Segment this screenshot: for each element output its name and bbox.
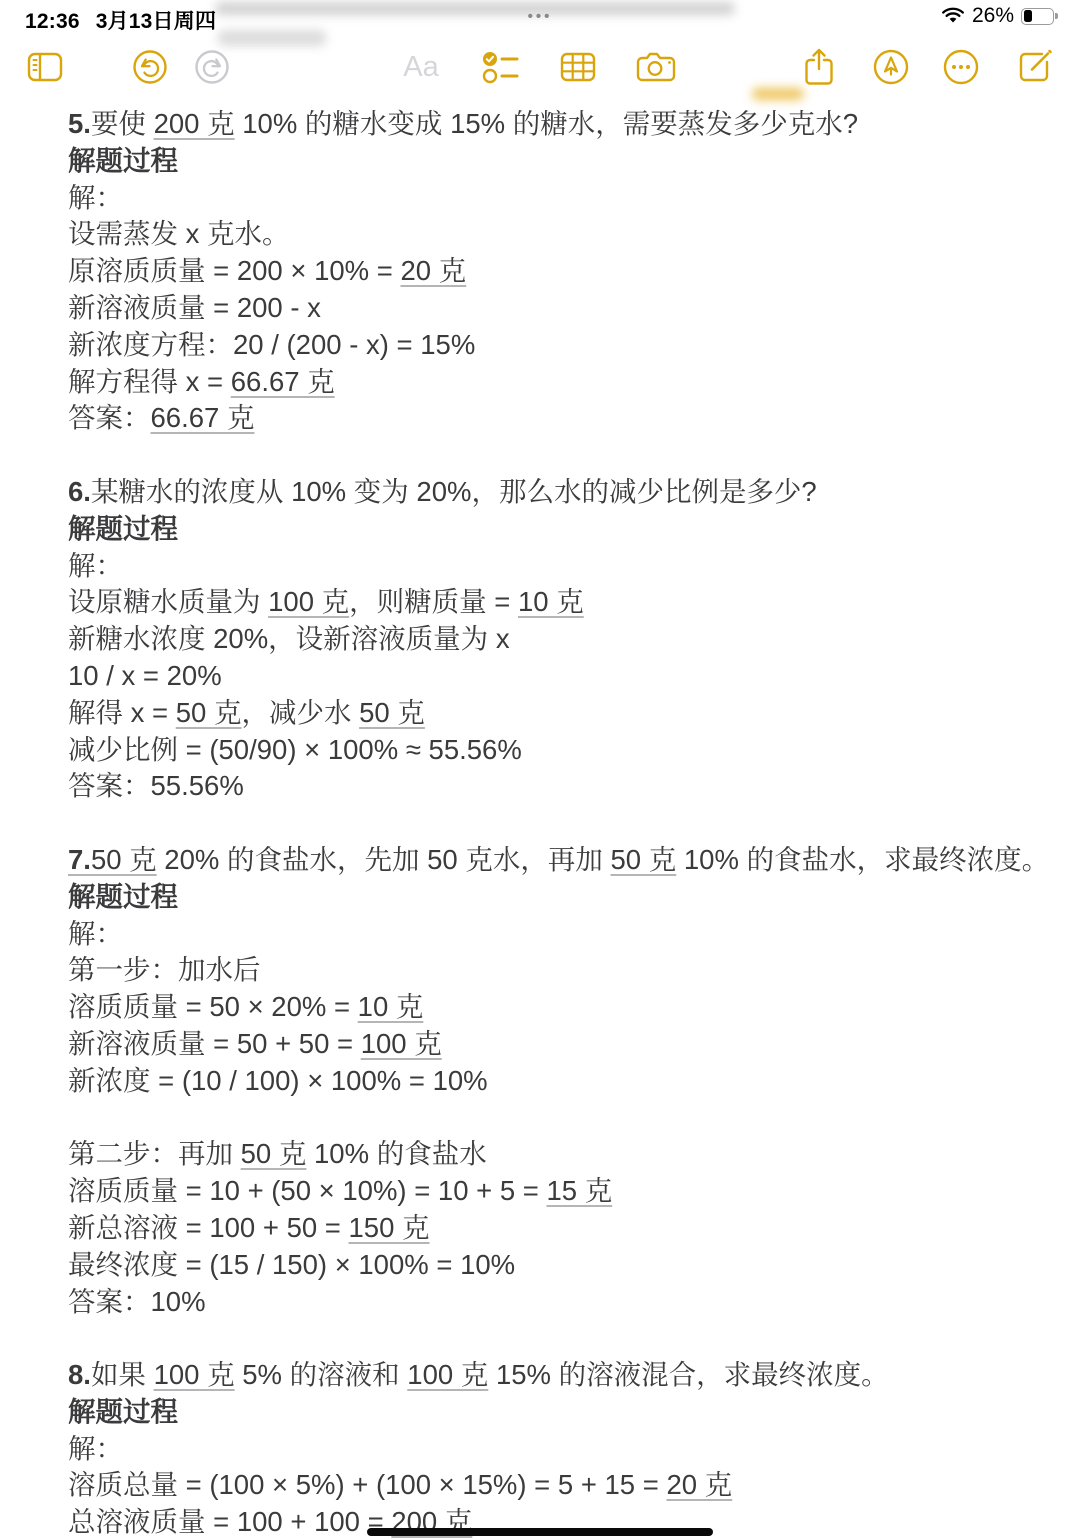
compose-button[interactable] [1012, 44, 1058, 90]
note-text: 新糖水浓度 20%，设新溶液质量为 x [68, 623, 510, 654]
note-line: 答案：10% [68, 1284, 1052, 1321]
note-text: 解题过程 [68, 1396, 178, 1427]
status-right: 26% [941, 4, 1058, 28]
note-text: 解题过程 [68, 145, 178, 176]
data-detected-link[interactable]: 7. [68, 844, 91, 875]
note-blank-line [68, 1100, 1052, 1137]
status-time: 12:36 [25, 10, 80, 33]
note-text: 原溶质质量 = 200 × 10% = [68, 255, 400, 286]
note-text: 减少比例 = (50/90) × 100% ≈ 55.56% [68, 734, 522, 765]
note-text: 10% 的食盐水，求最终浓度。 [676, 844, 1049, 875]
redo-button [189, 44, 235, 90]
note-text: 答案：10% [68, 1286, 206, 1317]
data-detected-link[interactable]: 20 克 [666, 1469, 732, 1500]
data-detected-link[interactable]: 100 克 [154, 1359, 235, 1390]
note-line: 第二步：再加 50 克 10% 的食盐水 [68, 1136, 1052, 1173]
note-text: 新溶液质量 = 200 - x [68, 292, 321, 323]
battery-icon [1021, 8, 1058, 25]
data-detected-link[interactable]: 66.67 克 [231, 366, 335, 397]
note-line: 新溶液质量 = 200 - x [68, 290, 1052, 327]
camera-button[interactable] [633, 44, 679, 90]
note-text: 新浓度 = (10 / 100) × 100% = 10% [68, 1065, 488, 1096]
notes-toolbar: Aa [0, 38, 1080, 94]
note-line: 设需蒸发 x 克水。 [68, 216, 1052, 253]
note-text: 10% 的糖水变成 15% 的糖水，需要蒸发多少克水? [235, 108, 858, 139]
undo-button[interactable] [127, 44, 173, 90]
note-text: 解： [68, 1433, 123, 1464]
note-line: 第一步：加水后 [68, 952, 1052, 989]
note-line: 答案：66.67 克 [68, 400, 1052, 437]
note-blank-line [68, 805, 1052, 842]
status-date: 3月13日周四 [96, 10, 216, 33]
note-line: 溶质总量 = (100 × 5%) + (100 × 15%) = 5 + 15… [68, 1467, 1052, 1504]
note-line: 新总溶液 = 100 + 50 = 150 克 [68, 1210, 1052, 1247]
note-text: 溶质质量 = 50 × 20% = [68, 991, 358, 1022]
note-text: 5. [68, 108, 91, 139]
checklist-icon [481, 49, 521, 85]
note-line: 解： [68, 1431, 1052, 1468]
note-line: 解： [68, 548, 1052, 585]
table-icon [559, 50, 597, 84]
note-line: 解： [68, 180, 1052, 217]
note-line: 设原糖水质量为 100 克，则糖质量 = 10 克 [68, 584, 1052, 621]
share-button[interactable] [796, 44, 842, 90]
note-line: 7.50 克 20% 的食盐水，先加 50 克水，再加 50 克 10% 的食盐… [68, 842, 1052, 879]
note-text: 5% 的溶液和 [235, 1359, 408, 1390]
note-line: 溶质质量 = 50 × 20% = 10 克 [68, 989, 1052, 1026]
note-text: 溶质质量 = 10 + (50 × 10%) = 10 + 5 = [68, 1175, 546, 1206]
note-text: 6. [68, 476, 91, 507]
data-detected-link[interactable]: 20 克 [400, 255, 466, 286]
note-line: 解方程得 x = 66.67 克 [68, 364, 1052, 401]
format-text-button: Aa [398, 44, 444, 90]
data-detected-link[interactable]: 50 克 [176, 697, 242, 728]
data-detected-link[interactable]: 100 克 [361, 1028, 442, 1059]
data-detected-link[interactable]: 100 克 [407, 1359, 488, 1390]
note-text: 新浓度方程：20 / (200 - x) = 15% [68, 329, 475, 360]
status-left: 12:363月13日周四 [25, 5, 216, 35]
note-line: 解题过程 [68, 879, 1052, 916]
note-text: 答案： [68, 402, 151, 433]
data-detected-link[interactable]: 66.67 克 [151, 402, 255, 433]
format-aa-label: Aa [403, 51, 438, 84]
note-line: 新糖水浓度 20%，设新溶液质量为 x [68, 621, 1052, 658]
note-blank-line [68, 1320, 1052, 1357]
battery-percent-label: 26% [972, 4, 1014, 28]
sidebar-icon [26, 50, 64, 84]
note-text: 溶质总量 = (100 × 5%) + (100 × 15%) = 5 + 15… [68, 1469, 666, 1500]
note-text: 解得 x = [68, 697, 176, 728]
note-text: 新总溶液 = 100 + 50 = [68, 1212, 349, 1243]
note-text: 答案：55.56% [68, 770, 244, 801]
note-text: 如果 [91, 1359, 154, 1390]
note-text: 20% 的食盐水，先加 50 克水，再加 [157, 844, 611, 875]
note-text: 解题过程 [68, 881, 178, 912]
note-line: 原溶质质量 = 200 × 10% = 20 克 [68, 253, 1052, 290]
note-line: 最终浓度 = (15 / 150) × 100% = 10% [68, 1247, 1052, 1284]
note-line: 新溶液质量 = 50 + 50 = 100 克 [68, 1026, 1052, 1063]
undo-icon [131, 48, 169, 86]
data-detected-link[interactable]: 15 克 [546, 1175, 612, 1206]
note-text: ，则糖质量 = [349, 586, 518, 617]
data-detected-link[interactable]: 50 克 [359, 697, 425, 728]
redo-icon [193, 48, 231, 86]
sidebar-toggle-button[interactable] [22, 44, 68, 90]
note-line: 解题过程 [68, 1394, 1052, 1431]
data-detected-link[interactable]: 100 克 [268, 586, 349, 617]
markup-icon [871, 47, 911, 87]
note-text: 解： [68, 550, 123, 581]
status-bar: 12:363月13日周四 ••• 26% [0, 0, 1080, 30]
note-text: 10 / x = 20% [68, 660, 222, 691]
note-text: ，减少水 [241, 697, 359, 728]
data-detected-link[interactable]: 50 克 [241, 1138, 307, 1169]
note-text: 设原糖水质量为 [68, 586, 268, 617]
data-detected-link[interactable]: 150 克 [349, 1212, 430, 1243]
note-text: 8. [68, 1359, 91, 1390]
checklist-button[interactable] [478, 44, 524, 90]
note-text: 第一步：加水后 [68, 954, 261, 985]
data-detected-link[interactable]: 10 克 [518, 586, 584, 617]
note-text: 15% 的溶液混合，求最终浓度。 [488, 1359, 888, 1390]
note-text: 第二步：再加 [68, 1138, 241, 1169]
camera-icon [635, 49, 677, 85]
data-detected-link[interactable]: 10 克 [358, 991, 424, 1022]
note-line: 解： [68, 916, 1052, 953]
note-text: 新溶液质量 = 50 + 50 = [68, 1028, 361, 1059]
data-detected-link[interactable]: 50 克 [91, 844, 157, 875]
table-button[interactable] [555, 44, 601, 90]
note-text: 某糖水的浓度从 10% 变为 20%，那么水的减少比例是多少? [91, 476, 817, 507]
note-blank-line [68, 437, 1052, 474]
note-text: 10% 的食盐水 [306, 1138, 486, 1169]
note-body[interactable]: 5.要使 200 克 10% 的糖水变成 15% 的糖水，需要蒸发多少克水?解题… [68, 106, 1052, 1540]
note-line: 8.如果 100 克 5% 的溶液和 100 克 15% 的溶液混合，求最终浓度… [68, 1357, 1052, 1394]
note-text: 要使 [91, 108, 154, 139]
note-text: 解： [68, 918, 123, 949]
note-text: 解： [68, 182, 123, 213]
note-text: 解方程得 x = [68, 366, 231, 397]
note-line: 新浓度 = (10 / 100) × 100% = 10% [68, 1063, 1052, 1100]
note-text: 最终浓度 = (15 / 150) × 100% = 10% [68, 1249, 515, 1280]
note-line: 解题过程 [68, 511, 1052, 548]
note-line: 解题过程 [68, 143, 1052, 180]
wifi-icon [941, 7, 965, 25]
home-indicator[interactable] [367, 1528, 713, 1536]
note-line: 5.要使 200 克 10% 的糖水变成 15% 的糖水，需要蒸发多少克水? [68, 106, 1052, 143]
markup-button[interactable] [868, 44, 914, 90]
share-icon [802, 47, 836, 87]
note-text: 设需蒸发 x 克水。 [68, 218, 290, 249]
note-line: 解得 x = 50 克，减少水 50 克 [68, 695, 1052, 732]
note-line: 溶质质量 = 10 + (50 × 10%) = 10 + 5 = 15 克 [68, 1173, 1052, 1210]
note-line: 答案：55.56% [68, 768, 1052, 805]
note-line: 新浓度方程：20 / (200 - x) = 15% [68, 327, 1052, 364]
note-text: 总溶液质量 = 100 + 100 = [68, 1506, 391, 1537]
ellipsis-circle-icon [941, 47, 981, 87]
note-line: 10 / x = 20% [68, 658, 1052, 695]
data-detected-link[interactable]: 50 克 [611, 844, 677, 875]
note-text: 解题过程 [68, 513, 178, 544]
multitask-indicator[interactable]: ••• [528, 8, 553, 25]
more-button[interactable] [938, 44, 984, 90]
note-line: 减少比例 = (50/90) × 100% ≈ 55.56% [68, 732, 1052, 769]
data-detected-link[interactable]: 200 克 [154, 108, 235, 139]
note-line: 6.某糖水的浓度从 10% 变为 20%，那么水的减少比例是多少? [68, 474, 1052, 511]
compose-icon [1015, 47, 1055, 87]
